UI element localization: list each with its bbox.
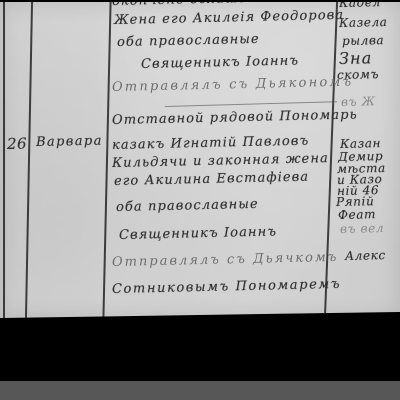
handwritten-line: оба православные <box>116 198 259 214</box>
handwritten-line: Казела <box>339 16 388 29</box>
handwritten-line: Казан <box>340 137 381 150</box>
handwritten-line: въ Ж <box>341 95 376 108</box>
handwritten-line: Алекс <box>345 249 386 262</box>
handwritten-line: его Акилина Евстафіева <box>114 171 310 188</box>
handwritten-line: оба православные <box>117 33 260 49</box>
column-divider-left-edge <box>3 0 5 322</box>
handwritten-line: Зна <box>339 50 373 67</box>
document-scan-page: 26 Варвара окончене оглашенныхъ Жена его… <box>0 2 400 318</box>
handwritten-line: Священникъ Іоаннъ <box>141 54 299 71</box>
handwritten-line: Феат <box>338 208 376 221</box>
handwritten-line: рылва <box>342 34 384 47</box>
handwritten-line: Кильдячи и законная жена <box>112 152 329 170</box>
handwritten-line: Отправлялъ съ Дьячкомъ <box>112 251 339 269</box>
handwritten-line: Отправлялъ съ Дьякономъ <box>112 76 354 94</box>
handwritten-line: Отставной рядовой Пономарь <box>112 108 358 127</box>
handwritten-line: скомъ <box>337 68 379 81</box>
handwritten-line: въ вел <box>340 222 384 235</box>
handwritten-line: Священникъ Іоаннъ <box>119 225 277 242</box>
entry-name: Варвара <box>36 134 103 149</box>
handwritten-line: казакъ Игнатій Павловъ <box>112 135 310 152</box>
pen-flourish <box>165 101 337 107</box>
entry-number: 26 <box>7 137 27 152</box>
handwritten-line: Жена его Акилеія Феодорова <box>114 9 345 27</box>
handwritten-line: Сотниковымъ Пономаремъ <box>112 278 341 296</box>
footer-gray-bar <box>0 381 400 400</box>
column-divider-number-name <box>25 0 33 322</box>
handwritten-line: Ряпій <box>336 195 375 208</box>
screenshot-root: 26 Варвара окончене оглашенныхъ Жена его… <box>0 0 400 400</box>
column-divider-name-parents <box>102 0 111 322</box>
handwritten-line: Кадел <box>339 0 381 9</box>
handwritten-line: окончене оглашенныхъ <box>112 0 297 8</box>
